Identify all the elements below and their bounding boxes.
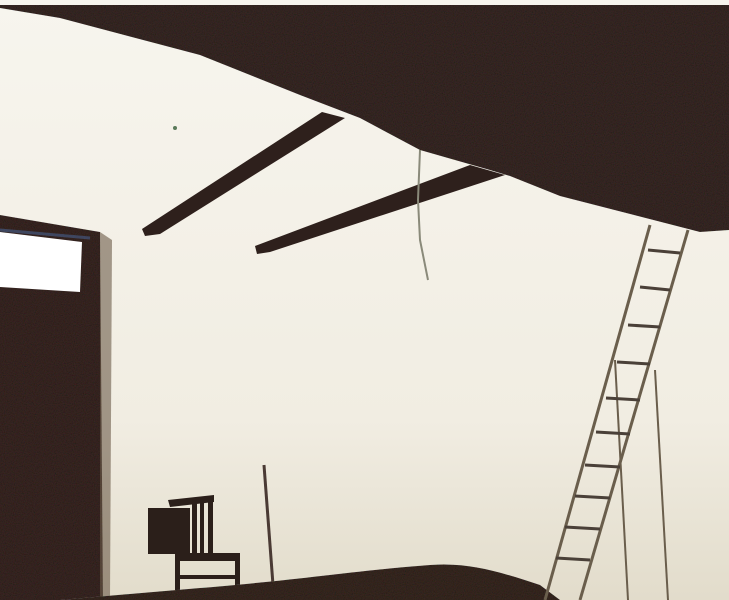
photo-scene [0,0,729,600]
doorway-shadow [100,232,112,600]
room-photo [0,0,729,600]
window-opening [0,232,82,292]
wall-speck [173,126,177,130]
